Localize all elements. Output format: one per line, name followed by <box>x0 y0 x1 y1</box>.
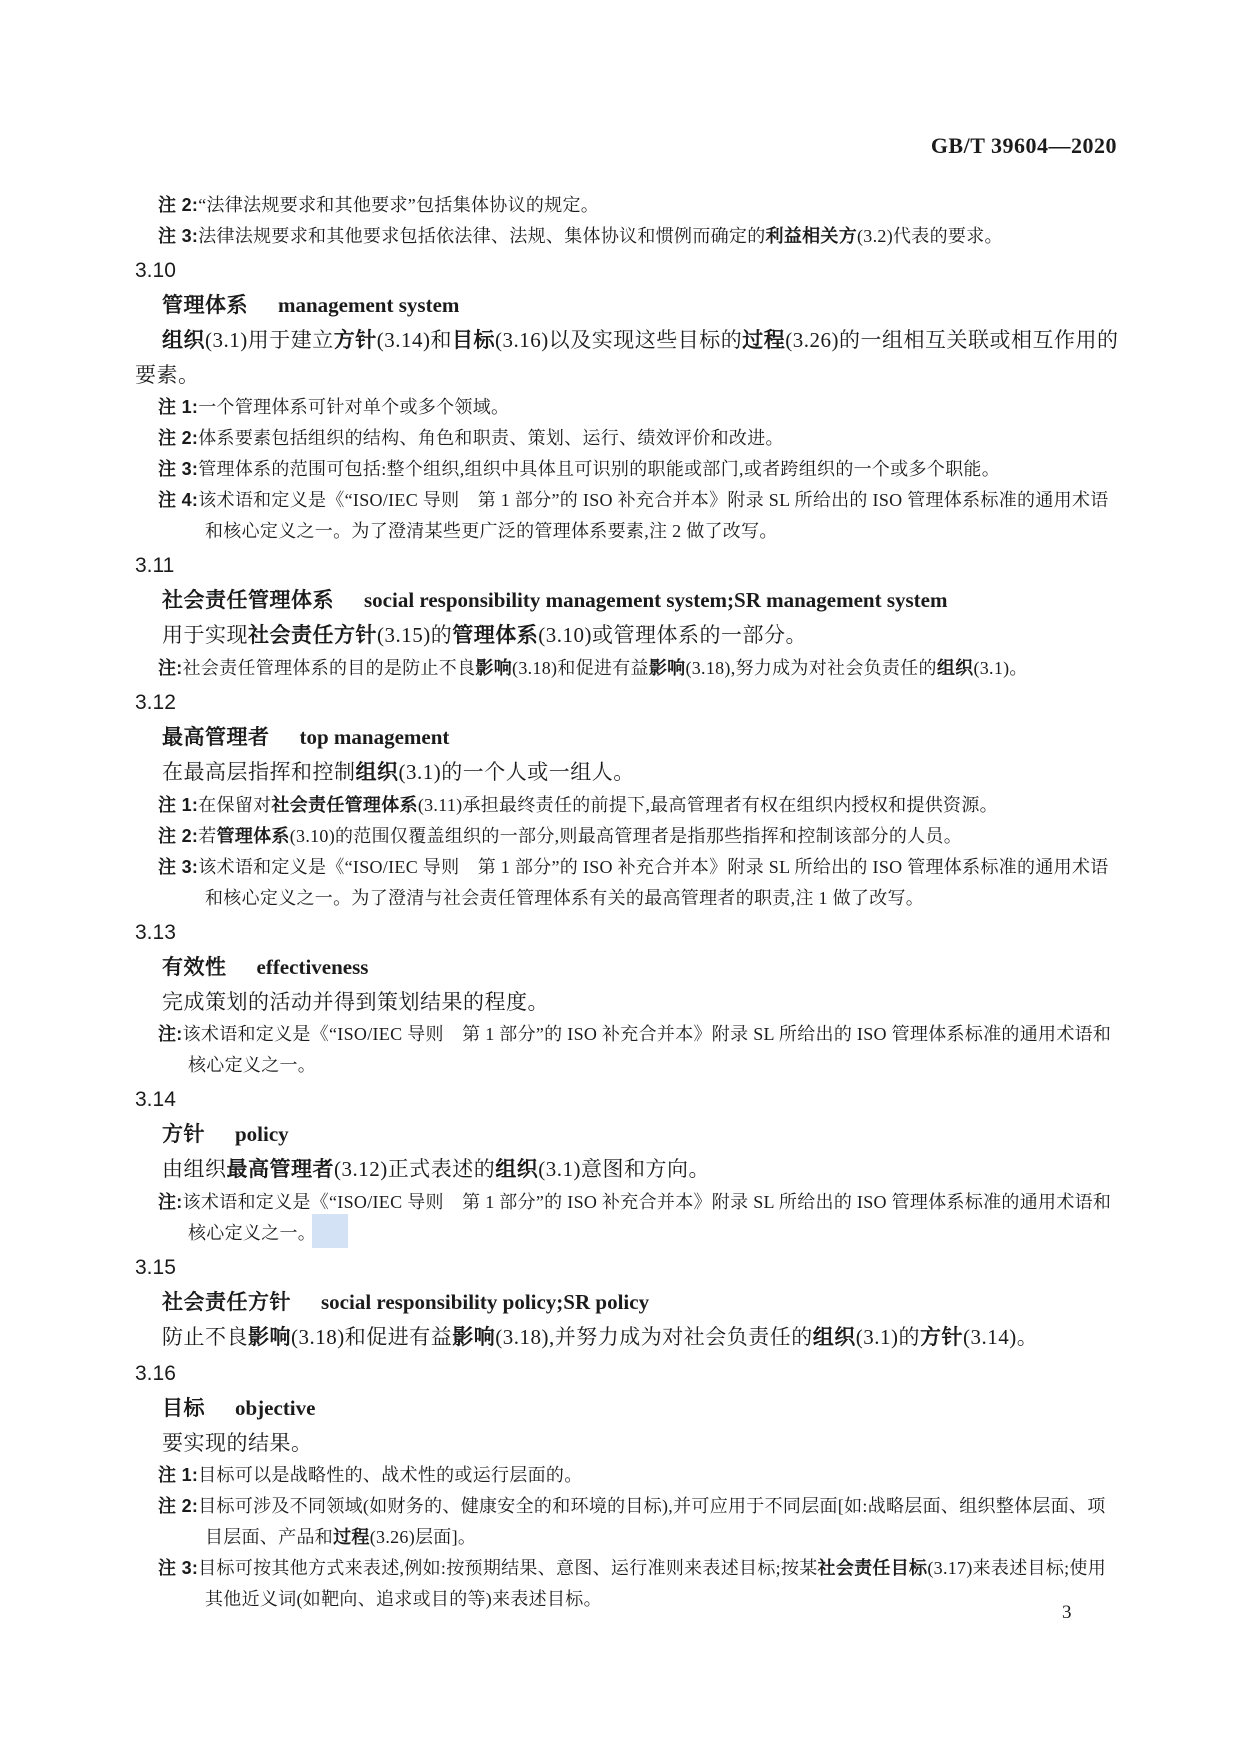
definition-term-ref: 影响 <box>452 1326 495 1349</box>
note: 注 3:该术语和定义是《“ISO/IEC 导则 第 1 部分”的 ISO 补充合… <box>158 852 1119 914</box>
term-zh: 方针 <box>162 1123 205 1146</box>
definition-section: 3.14方针policy由组织最高管理者(3.12)正式表述的组织(3.1)意图… <box>135 1083 1119 1249</box>
definition-text: (3.18)和促进有益 <box>291 1325 452 1349</box>
page-number: 3 <box>1062 1602 1072 1624</box>
section-number: 3.16 <box>135 1357 1119 1391</box>
note-term-ref: 影响 <box>649 658 686 678</box>
note-term-ref: 利益相关方 <box>766 226 858 246</box>
note-text: 该术语和定义是《“ISO/IEC 导则 第 1 部分”的 ISO 补充合并本》附… <box>183 1024 1112 1075</box>
note: 注 2:目标可涉及不同领域(如财务的、健康安全的和环境的目标),并可应用于不同层… <box>158 1491 1119 1553</box>
definition-text: (3.14)。 <box>963 1325 1038 1349</box>
note-label: 注 1: <box>158 1465 198 1485</box>
term-zh: 有效性 <box>162 956 227 979</box>
note: 注 2:体系要素包括组织的结构、角色和职责、策划、运行、绩效评价和改进。 <box>158 423 1119 454</box>
note: 注:该术语和定义是《“ISO/IEC 导则 第 1 部分”的 ISO 补充合并本… <box>158 1187 1119 1249</box>
document-content: 注 2:“法律法规要求和其他要求”包括集体协议的规定。注 3:法律法规要求和其他… <box>135 190 1119 1615</box>
note-text: 一个管理体系可针对单个或多个领域。 <box>198 397 509 417</box>
note-label: 注 3: <box>158 459 198 479</box>
term-line: 方针policy <box>162 1117 1119 1152</box>
definition-text: (3.12)正式表述的 <box>334 1157 495 1181</box>
note: 注 3:管理体系的范围可包括:整个组织,组织中具体且可识别的职能或部门,或者跨组… <box>158 454 1119 485</box>
section-number: 3.14 <box>135 1083 1119 1117</box>
definition-text: (3.1)的 <box>856 1325 920 1349</box>
note-term-ref: 影响 <box>475 658 512 678</box>
term-en: objective <box>235 1396 315 1420</box>
definition: 要实现的结果。 <box>135 1426 1119 1460</box>
definition-text: (3.14)和 <box>377 328 452 352</box>
note-text: 社会责任管理体系的目的是防止不良 <box>183 658 476 678</box>
note-text: 管理体系的范围可包括:整个组织,组织中具体且可识别的职能或部门,或者跨组织的一个… <box>198 459 1000 479</box>
definition-term-ref: 社会责任方针 <box>248 624 377 647</box>
note-term-ref: 管理体系 <box>217 826 290 846</box>
definition-term-ref: 方针 <box>920 1326 963 1349</box>
note-text: (3.26)层面]。 <box>370 1527 476 1547</box>
note-text: 在保留对 <box>198 795 271 815</box>
term-zh: 管理体系 <box>162 294 248 317</box>
definition-text: (3.16)以及实现这些目标的 <box>495 328 742 352</box>
note-text: 若 <box>198 826 216 846</box>
note-term-ref: 社会责任目标 <box>818 1558 928 1578</box>
note: 注 1:目标可以是战略性的、战术性的或运行层面的。 <box>158 1460 1119 1491</box>
section-number: 3.13 <box>135 916 1119 950</box>
definition-term-ref: 目标 <box>452 329 495 352</box>
definition-section: 3.11社会责任管理体系social responsibility manage… <box>135 549 1119 684</box>
definition-text: (3.1)意图和方向。 <box>538 1157 710 1181</box>
note-label: 注 3: <box>158 1558 198 1578</box>
term-line: 社会责任方针social responsibility policy;SR po… <box>162 1285 1119 1320</box>
definition-text: (3.10)或管理体系的一部分。 <box>538 623 807 647</box>
term-en: policy <box>235 1122 289 1146</box>
standard-number: GB/T 39604—2020 <box>0 133 1117 159</box>
note-label: 注 4: <box>158 490 198 510</box>
note-label: 注 1: <box>158 795 198 815</box>
section-number: 3.10 <box>135 254 1119 288</box>
highlight-artifact <box>312 1214 348 1248</box>
definition: 由组织最高管理者(3.12)正式表述的组织(3.1)意图和方向。 <box>135 1152 1119 1187</box>
definition: 在最高层指挥和控制组织(3.1)的一个人或一组人。 <box>135 755 1119 790</box>
note-label: 注 2: <box>158 195 198 215</box>
definition-term-ref: 组织 <box>162 329 205 352</box>
term-en: social responsibility policy;SR policy <box>321 1290 649 1314</box>
definition-term-ref: 过程 <box>742 329 785 352</box>
definition-term-ref: 管理体系 <box>452 624 538 647</box>
definition: 防止不良影响(3.18)和促进有益影响(3.18),并努力成为对社会负责任的组织… <box>135 1320 1119 1355</box>
definition-term-ref: 最高管理者 <box>227 1158 335 1181</box>
note-text: 该术语和定义是《“ISO/IEC 导则 第 1 部分”的 ISO 补充合并本》附… <box>198 857 1108 908</box>
note-text: 法律法规要求和其他要求包括依法律、法规、集体协议和惯例而确定的 <box>198 226 765 246</box>
term-en: top management <box>300 725 450 749</box>
definition-text: 由组织 <box>162 1157 227 1181</box>
section-number: 3.15 <box>135 1251 1119 1285</box>
definition-term-ref: 方针 <box>334 329 377 352</box>
definition-term-ref: 影响 <box>248 1326 291 1349</box>
definition-text: 在最高层指挥和控制 <box>162 760 356 784</box>
note-label: 注 2: <box>158 428 198 448</box>
note-text: 该术语和定义是《“ISO/IEC 导则 第 1 部分”的 ISO 补充合并本》附… <box>198 490 1108 541</box>
definition-text: 用于实现 <box>162 623 248 647</box>
definition-section: 3.12最高管理者top management在最高层指挥和控制组织(3.1)的… <box>135 686 1119 914</box>
note-term-ref: 组织 <box>937 658 974 678</box>
definition-text: (3.1)用于建立 <box>205 328 334 352</box>
definition: 用于实现社会责任方针(3.15)的管理体系(3.10)或管理体系的一部分。 <box>135 618 1119 653</box>
note-text: “法律法规要求和其他要求”包括集体协议的规定。 <box>198 195 599 215</box>
term-en: management system <box>278 293 459 317</box>
note-text: (3.18),努力成为对社会负责任的 <box>685 658 936 678</box>
definition-text: (3.18),并努力成为对社会负责任的 <box>495 1325 813 1349</box>
term-line: 最高管理者top management <box>162 720 1119 755</box>
section-number: 3.12 <box>135 686 1119 720</box>
term-zh: 社会责任方针 <box>162 1291 291 1314</box>
note-text: (3.10)的范围仅覆盖组织的一部分,则最高管理者是指那些指挥和控制该部分的人员… <box>290 826 962 846</box>
section-number: 3.11 <box>135 549 1119 583</box>
note-label: 注: <box>158 1024 183 1044</box>
note: 注 2:若管理体系(3.10)的范围仅覆盖组织的一部分,则最高管理者是指那些指挥… <box>158 821 1119 852</box>
note: 注 1:在保留对社会责任管理体系(3.11)承担最终责任的前提下,最高管理者有权… <box>158 790 1119 821</box>
term-line: 管理体系management system <box>162 288 1119 323</box>
note-label: 注 3: <box>158 857 198 877</box>
note-text: (3.11)承担最终责任的前提下,最高管理者有权在组织内授权和提供资源。 <box>418 795 998 815</box>
note-text: 目标可按其他方式来表述,例如:按预期结果、意图、运行准则来表述目标;按某 <box>198 1558 817 1578</box>
term-line: 社会责任管理体系social responsibility management… <box>162 583 1119 618</box>
note: 注 3:法律法规要求和其他要求包括依法律、法规、集体协议和惯例而确定的利益相关方… <box>158 221 1119 252</box>
note-text: 体系要素包括组织的结构、角色和职责、策划、运行、绩效评价和改进。 <box>198 428 784 448</box>
definition-term-ref: 组织 <box>495 1158 538 1181</box>
definition: 组织(3.1)用于建立方针(3.14)和目标(3.16)以及实现这些目标的过程(… <box>135 323 1119 392</box>
page: GB/T 39604—2020 注 2:“法律法规要求和其他要求”包括集体协议的… <box>0 0 1241 1754</box>
definition: 完成策划的活动并得到策划结果的程度。 <box>135 985 1119 1019</box>
definition-section: 3.16目标objective要实现的结果。注 1:目标可以是战略性的、战术性的… <box>135 1357 1119 1615</box>
definition-text: 要实现的结果。 <box>162 1431 313 1455</box>
note: 注:该术语和定义是《“ISO/IEC 导则 第 1 部分”的 ISO 补充合并本… <box>158 1019 1119 1081</box>
term-line: 有效性effectiveness <box>162 950 1119 985</box>
note-term-ref: 社会责任管理体系 <box>271 795 417 815</box>
definition-text: 完成策划的活动并得到策划结果的程度。 <box>162 990 549 1014</box>
definition-term-ref: 组织 <box>813 1326 856 1349</box>
note: 注:社会责任管理体系的目的是防止不良影响(3.18)和促进有益影响(3.18),… <box>158 653 1119 684</box>
note-label: 注: <box>158 1192 183 1212</box>
note-text: (3.18)和促进有益 <box>512 658 649 678</box>
note: 注 4:该术语和定义是《“ISO/IEC 导则 第 1 部分”的 ISO 补充合… <box>158 485 1119 547</box>
note-label: 注: <box>158 658 183 678</box>
note-text: (3.2)代表的要求。 <box>857 226 1003 246</box>
note: 注 3:目标可按其他方式来表述,例如:按预期结果、意图、运行准则来表述目标;按某… <box>158 1553 1119 1615</box>
definition-text: (3.1)的一个人或一组人。 <box>399 760 635 784</box>
note-label: 注 1: <box>158 397 198 417</box>
term-zh: 社会责任管理体系 <box>162 589 334 612</box>
term-en: social responsibility management system;… <box>364 588 948 612</box>
definition-text: 防止不良 <box>162 1325 248 1349</box>
term-en: effectiveness <box>257 955 369 979</box>
note: 注 2:“法律法规要求和其他要求”包括集体协议的规定。 <box>158 190 1119 221</box>
note: 注 1:一个管理体系可针对单个或多个领域。 <box>158 392 1119 423</box>
definition-text: (3.15)的 <box>377 623 452 647</box>
note-label: 注 2: <box>158 826 198 846</box>
term-line: 目标objective <box>162 1391 1119 1426</box>
note-label: 注 2: <box>158 1496 198 1516</box>
definition-section: 3.10管理体系management system组织(3.1)用于建立方针(3… <box>135 254 1119 547</box>
definition-section: 3.13有效性effectiveness完成策划的活动并得到策划结果的程度。注:… <box>135 916 1119 1081</box>
definition-term-ref: 组织 <box>356 761 399 784</box>
definition-section: 3.15社会责任方针social responsibility policy;S… <box>135 1251 1119 1355</box>
term-zh: 最高管理者 <box>162 726 270 749</box>
note-term-ref: 过程 <box>333 1527 370 1547</box>
note-label: 注 3: <box>158 226 198 246</box>
term-zh: 目标 <box>162 1397 205 1420</box>
note-text: (3.1)。 <box>973 658 1027 678</box>
note-text: 目标可以是战略性的、战术性的或运行层面的。 <box>198 1465 582 1485</box>
